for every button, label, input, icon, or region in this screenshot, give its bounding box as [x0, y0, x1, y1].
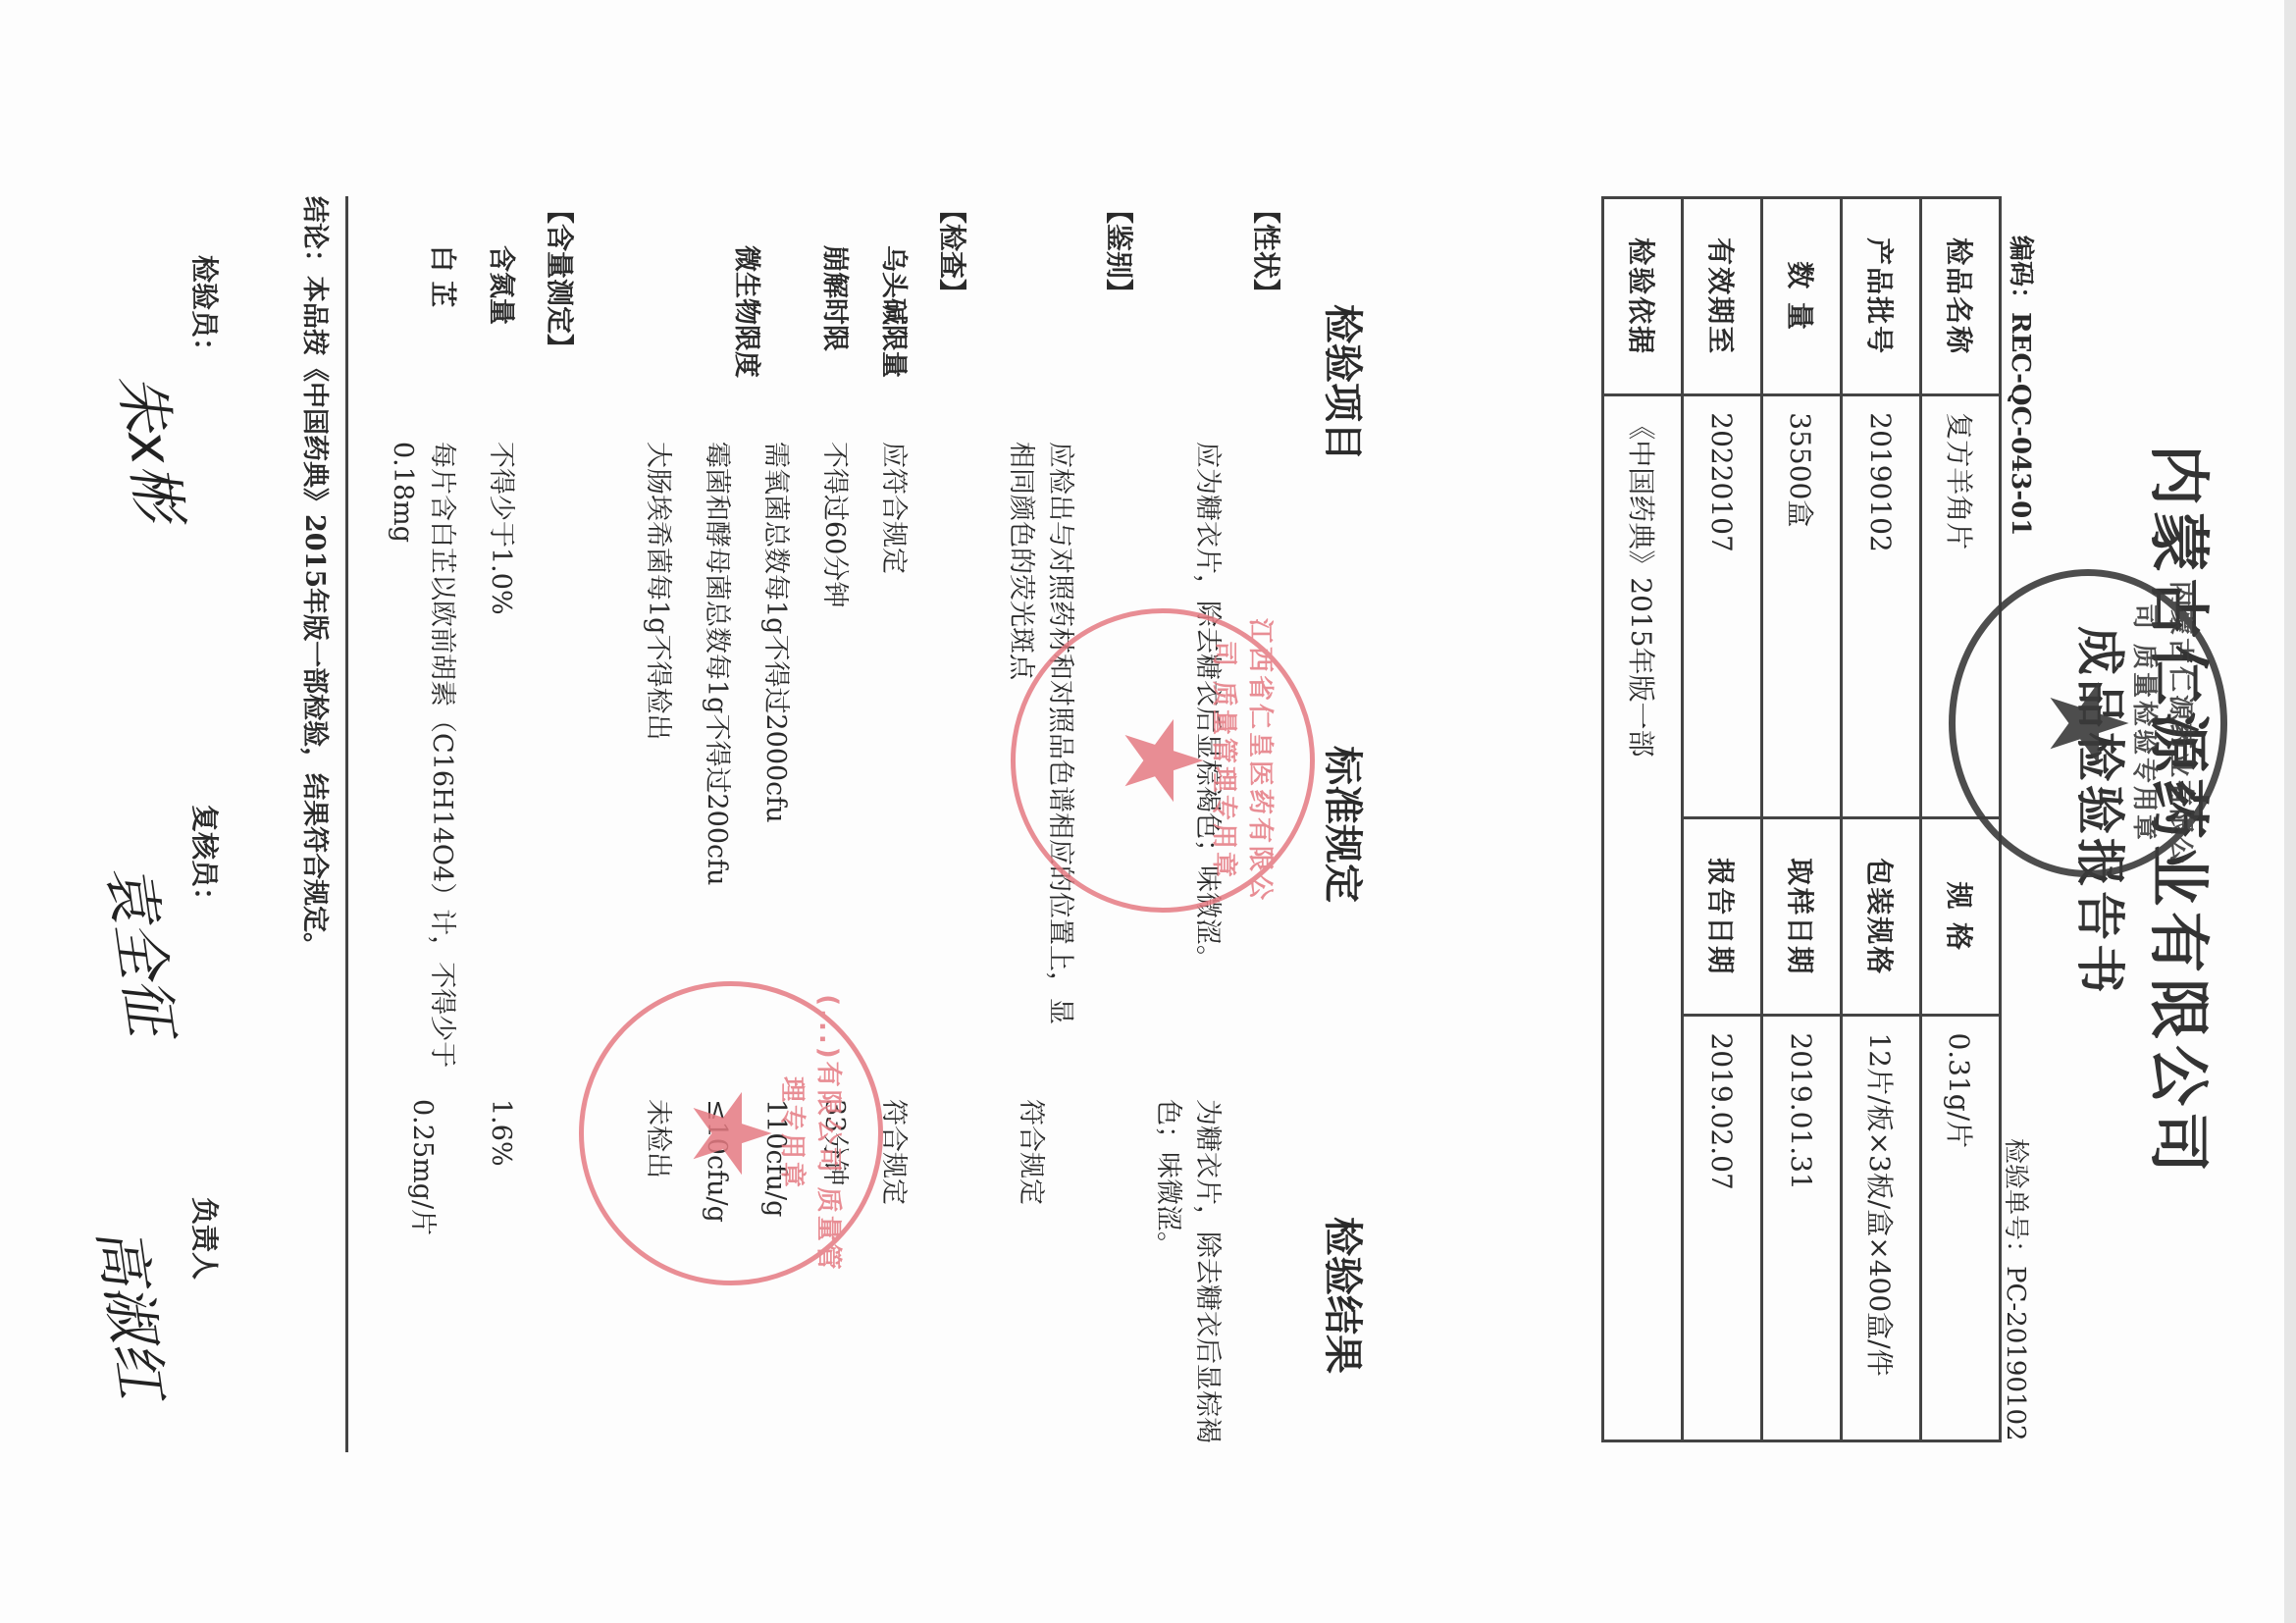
- value-spec: 0.31g/片: [1921, 1016, 2001, 1441]
- table-row: 有效期至 20220107 报告日期 2019.02.07: [1683, 198, 1762, 1441]
- header-result: 检验结果: [1318, 1217, 1374, 1374]
- header-standard: 标准规定: [1318, 746, 1374, 903]
- value-report-date: 2019.02.07: [1683, 1016, 1762, 1441]
- label-basis: 检验依据: [1603, 198, 1683, 395]
- result-text: 1.6%: [481, 1099, 520, 1167]
- section-title: 【检查】: [932, 196, 971, 306]
- label-sample-date: 取样日期: [1762, 818, 1842, 1016]
- report-number: 检验单号：PC-20190102: [2000, 1138, 2036, 1441]
- report-page: 内蒙古仁源药业有限公司 成品检验报告书 编码：REC-QC-043-01 检验单…: [0, 0, 2296, 1623]
- value-batch: 20190102: [1842, 395, 1921, 818]
- item-name: 乌头碱限量: [873, 245, 913, 378]
- table-row: 检验依据 《中国药典》2015年版一部: [1603, 198, 1683, 1441]
- standard-text: 应符合规定: [873, 442, 913, 574]
- seal-text: 内蒙古仁源药业有限公司 质量检验专用章: [2128, 576, 2201, 870]
- table-row: 产品批号 20190102 包装规格 12片/板×3板/盒×400盒/件: [1842, 198, 1921, 1441]
- scan-edge: [2284, 0, 2296, 1623]
- item-name: 崩解时限: [814, 245, 854, 351]
- table-row: 数 量 35500盒 取样日期 2019.01.31: [1762, 198, 1842, 1441]
- result-text: 0.25mg/片: [402, 1099, 442, 1235]
- label-product-name: 检品名称: [1921, 198, 2001, 395]
- value-sample-date: 2019.01.31: [1762, 1016, 1842, 1441]
- label-packaging: 包装规格: [1842, 818, 1921, 1016]
- section-title: 【含量测定】: [540, 196, 579, 361]
- label-batch: 产品批号: [1842, 198, 1921, 395]
- conclusion: 结论：本品按《中国药典》2015年版一部检验，结果符合规定。: [294, 196, 334, 959]
- star-icon: ★: [677, 1085, 785, 1182]
- report-number-label: 检验单号：: [2001, 1138, 2030, 1266]
- reviewer-label: 复核员：: [186, 805, 226, 915]
- seal-text: 江西省仁皇医药有限公司 质量管理专用章: [1208, 613, 1280, 908]
- standard-text: 霉菌和酵母菌总数每1g不得过200cfu: [697, 442, 736, 886]
- item-name: 白 芷: [422, 245, 461, 307]
- result-text: 为糖衣片，除去糖衣后显棕褐色；味微涩。: [1148, 1099, 1226, 1452]
- value-expiry: 20220107: [1683, 395, 1762, 818]
- label-quantity: 数 量: [1762, 198, 1842, 395]
- section-title: 【鉴别】: [1099, 196, 1138, 306]
- form-code: 编码：REC-QC-043-01: [2005, 236, 2041, 536]
- quality-seal-2: ★ (...)有限公司 质量管理专用章: [579, 981, 883, 1285]
- star-icon: ★: [1109, 712, 1217, 810]
- quality-seal-1: ★ 江西省仁皇医药有限公司 质量管理专用章: [1011, 608, 1315, 913]
- value-basis: 《中国药典》2015年版一部: [1603, 395, 1683, 1441]
- label-spec: 规 格: [1921, 818, 2001, 1016]
- company-seal: ★ 内蒙古仁源药业有限公司 质量检验专用章: [1949, 569, 2227, 877]
- standard-text: 大肠埃希菌每1g不得检出: [638, 442, 677, 740]
- product-info-table: 检品名称 复方羊角片 规 格 0.31g/片 产品批号 20190102 包装规…: [1601, 196, 2002, 1442]
- section-title: 【性状】: [1246, 196, 1285, 306]
- inspector-label: 检验员：: [186, 255, 226, 365]
- item-name: 含氮量: [481, 245, 520, 325]
- value-quantity: 35500盒: [1762, 395, 1842, 818]
- standard-text: 需氧菌总数每1g不得过2000cfu: [756, 442, 795, 823]
- label-report-date: 报告日期: [1683, 818, 1762, 1016]
- inspector-signature: 朱x彬: [104, 368, 206, 526]
- report-number-value: PC-20190102: [2001, 1266, 2030, 1441]
- header-item: 检验项目: [1318, 304, 1374, 461]
- item-name: 微生物限度: [726, 245, 765, 378]
- value-packaging: 12片/板×3板/盒×400盒/件: [1842, 1016, 1921, 1441]
- label-expiry: 有效期至: [1683, 198, 1762, 395]
- standard-text: 每片含白芷以欧前胡素（C16H14O4）计，不得少于0.18mg: [383, 442, 461, 1070]
- seal-text: (...)有限公司 质量管理专用章: [776, 986, 849, 1281]
- divider: [345, 196, 348, 1452]
- standard-text: 不得少于1.0%: [481, 442, 520, 615]
- result-text: 符合规定: [1011, 1099, 1050, 1205]
- standard-text: 不得过60分钟: [814, 442, 854, 607]
- star-icon: ★: [2034, 675, 2142, 772]
- reviewer-signature: 袁全征: [92, 859, 197, 1039]
- manager-signature: 高淑红: [82, 1222, 187, 1402]
- manager-label: 负责人: [186, 1197, 226, 1280]
